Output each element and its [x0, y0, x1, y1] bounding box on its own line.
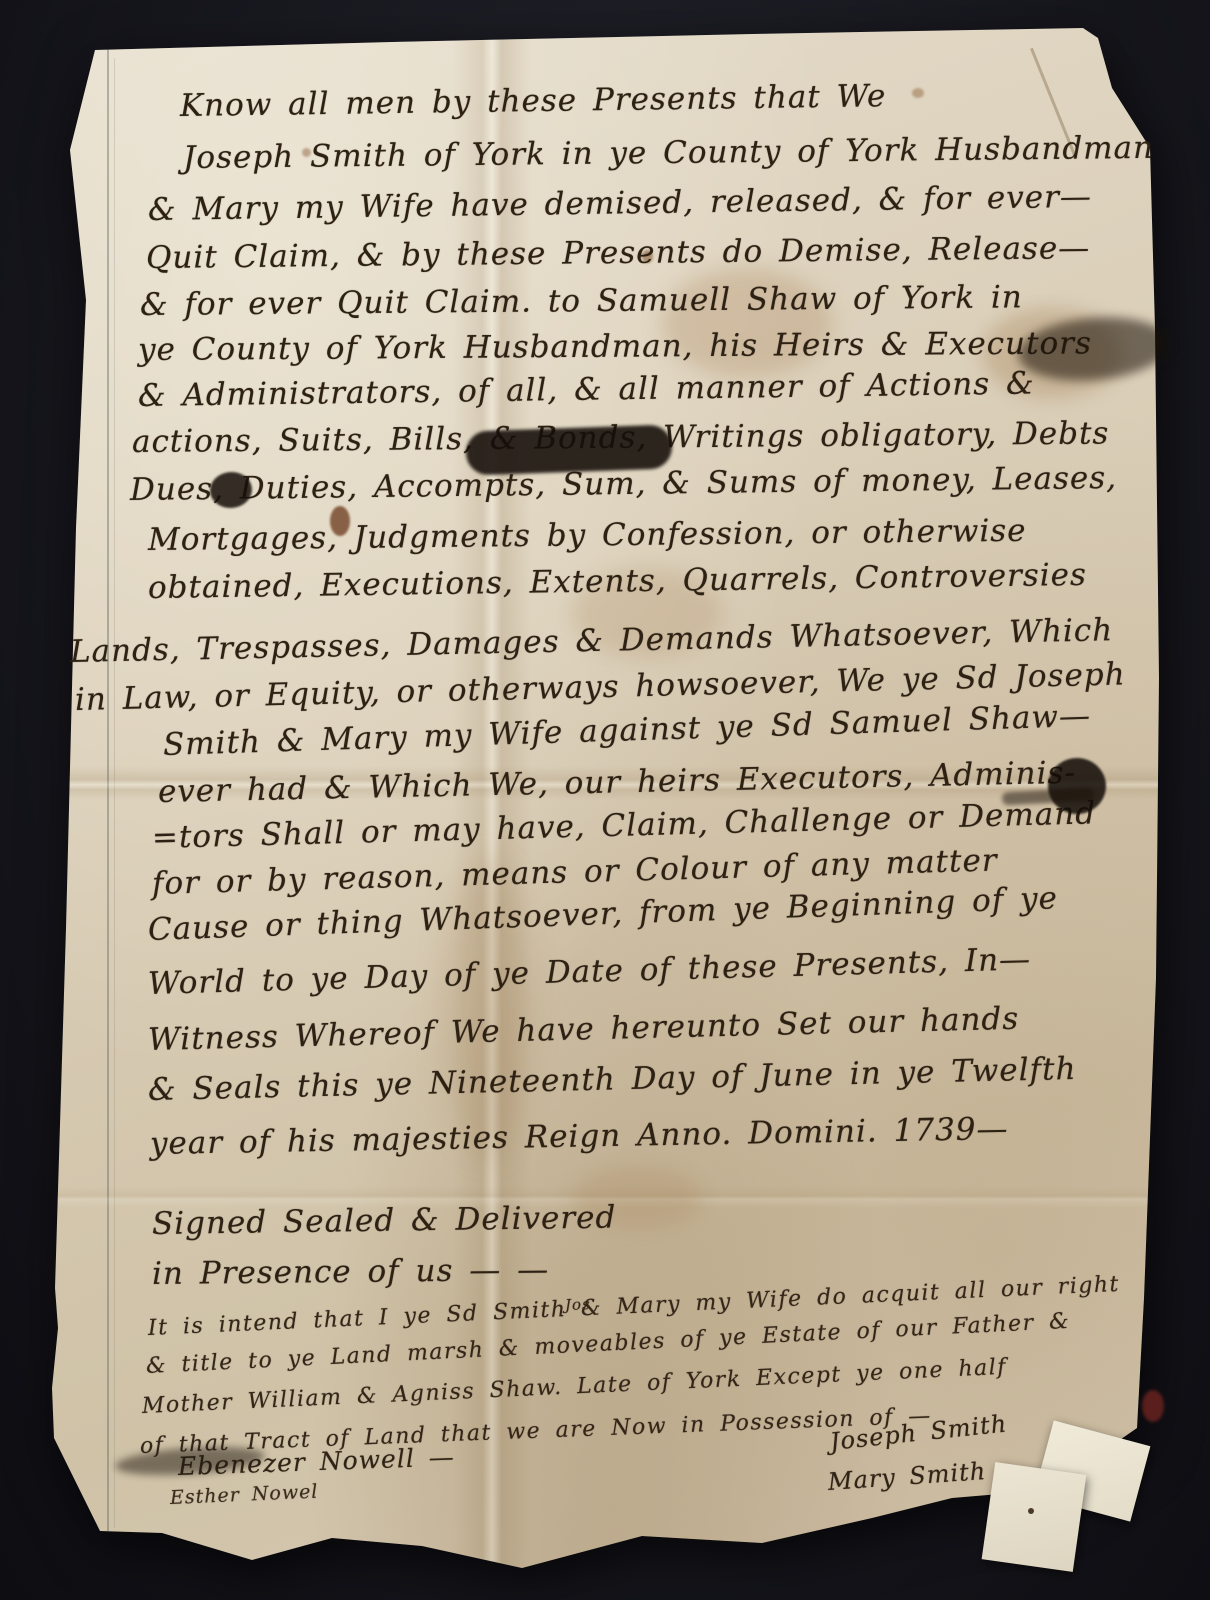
wax-seal-edge-mark [1142, 1390, 1164, 1422]
photo-of-document: Know all men by these Presents that We J… [0, 0, 1210, 1600]
seal-area [0, 0, 1210, 1600]
seal-paper-tab-lower [982, 1462, 1087, 1572]
